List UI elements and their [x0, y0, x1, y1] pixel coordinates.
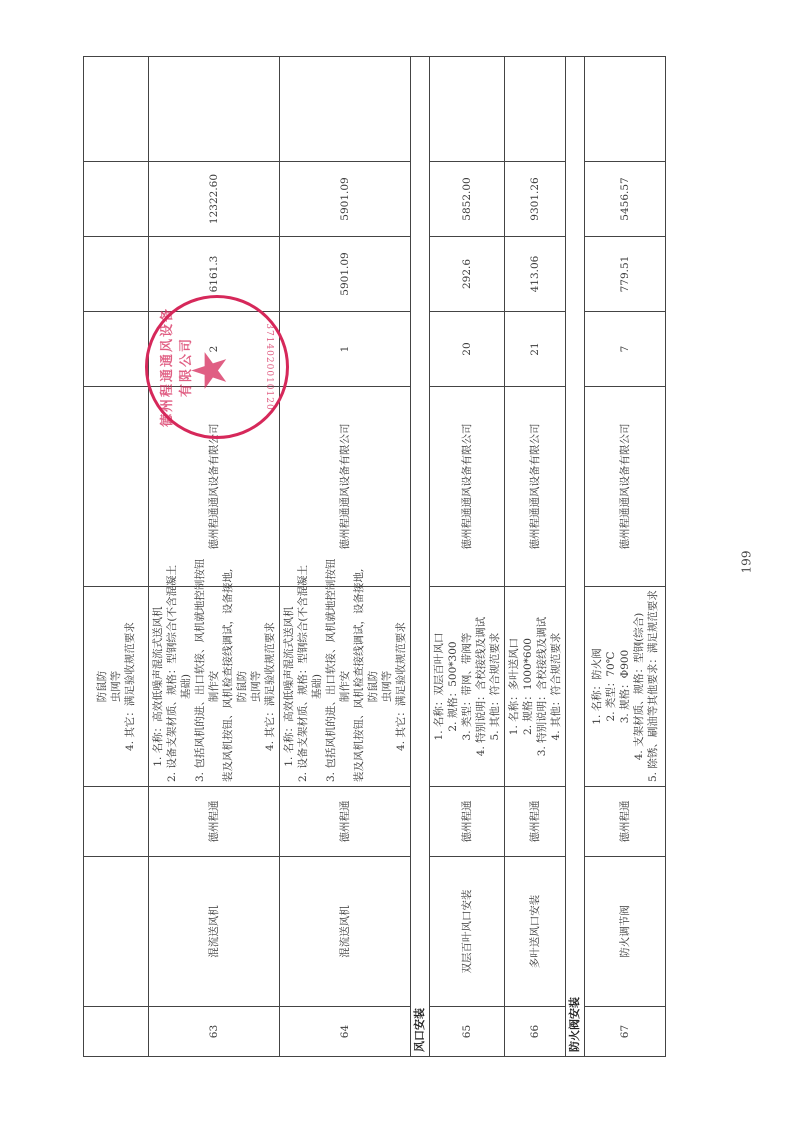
cell-qty: 2: [149, 312, 280, 387]
continuation-row: 防鼠防 虫网等 4. 其它：满足验收规范要求: [84, 57, 149, 1057]
cell-supplier: 德州程通通风设备有限公司: [280, 387, 411, 587]
feature-line: 1. 名称：高效低噪声混流式送风机: [282, 591, 296, 782]
feature-line: 2. 设备支架材质、规格：型钢综合(不含混凝土: [165, 591, 179, 782]
cell-remark: [149, 57, 280, 162]
cell-total: 5852.00: [430, 162, 505, 237]
cell-remark: [505, 57, 566, 162]
feature-line: 2. 类型：70℃: [604, 591, 618, 782]
table-row: 64混流送风机德州程通1. 名称：高效低噪声混流式送风机2. 设备支架材质、规格…: [280, 57, 411, 1057]
cell-features: 1. 名称：双层百叶风口2. 规格：500*3003. 类型：带网、带阀等4. …: [430, 587, 505, 787]
feature-line: 制作安: [338, 591, 352, 782]
cell-qty: 21: [505, 312, 566, 387]
feature-line: 4. 特别说明：含校接线及调试: [474, 591, 488, 782]
cell-remark: [280, 57, 411, 162]
cell-unit-price: [84, 237, 149, 312]
cell-features: 防鼠防 虫网等 4. 其它：满足验收规范要求: [84, 587, 149, 787]
feature-line: 虫网等: [380, 591, 394, 782]
cell-no: 67: [585, 1007, 666, 1057]
cell-remark: [585, 57, 666, 162]
feature-line: 装及风机按钮、风机检查接线调试，设备接地,: [352, 591, 366, 782]
cell-remark: [430, 57, 505, 162]
cell-features: 1. 名称：多叶送风口2. 规格：1000*6003. 特别说明：含校接线及调试…: [505, 587, 566, 787]
cell-supplier: 德州程通通风设备有限公司: [430, 387, 505, 587]
cell-name: 混流送风机: [280, 857, 411, 1007]
cell-total: 12322.60: [149, 162, 280, 237]
page-number: 199: [739, 551, 753, 574]
feature-line: 3. 类型：带网、带阀等: [460, 591, 474, 782]
cell-qty: 1: [280, 312, 411, 387]
feature-line: 5. 其他：符合规范要求: [488, 591, 502, 782]
feature-line: 虫网等: [249, 591, 263, 782]
cell-unit-price: 779.51: [585, 237, 666, 312]
feature-line: 防鼠防: [235, 591, 249, 782]
feature-line: 1. 名称：双层百叶风口: [432, 591, 446, 782]
cell-total: [84, 162, 149, 237]
cell-supplier: [84, 387, 149, 587]
feature-line: 4. 其它：满足验收规范要求: [263, 591, 277, 782]
cell-no: 66: [505, 1007, 566, 1057]
table-body: 防鼠防 虫网等 4. 其它：满足验收规范要求 63混流送风机德州程通1. 名称：…: [84, 57, 666, 1057]
cell-name: [84, 857, 149, 1007]
table-row: 65双层百叶风口安装德州程通1. 名称：双层百叶风口2. 规格：500*3003…: [430, 57, 505, 1057]
feature-line: 防鼠防: [95, 591, 109, 782]
feature-line: 1. 名称：防火阀: [590, 591, 604, 782]
cell-brand: 德州程通: [280, 787, 411, 857]
rotated-table-page: 防鼠防 虫网等 4. 其它：满足验收规范要求 63混流送风机德州程通1. 名称：…: [83, 57, 693, 1057]
cell-unit-price: 6161.3: [149, 237, 280, 312]
feature-line: 4. 其它：满足验收规范要求: [394, 591, 408, 782]
cell-name: 防火调节阀: [585, 857, 666, 1007]
cell-unit-price: 292.6: [430, 237, 505, 312]
feature-line: 基础): [179, 591, 193, 782]
table-row: 66多叶送风口安装德州程通1. 名称：多叶送风口2. 规格：1000*6003.…: [505, 57, 566, 1057]
cell-brand: 德州程通: [505, 787, 566, 857]
section-header-row: 风口安装: [411, 57, 430, 1057]
cell-features: 1. 名称：高效低噪声混流式送风机2. 设备支架材质、规格：型钢综合(不含混凝土…: [280, 587, 411, 787]
equipment-price-table: 防鼠防 虫网等 4. 其它：满足验收规范要求 63混流送风机德州程通1. 名称：…: [83, 56, 666, 1057]
cell-no: 65: [430, 1007, 505, 1057]
cell-brand: 德州程通: [430, 787, 505, 857]
section-title: 防火阀安装: [566, 57, 585, 1057]
section-header-row: 防火阀安装: [566, 57, 585, 1057]
cell-name: 双层百叶风口安装: [430, 857, 505, 1007]
cell-supplier: 德州程通通风设备有限公司: [149, 387, 280, 587]
cell-total: 5901.09: [280, 162, 411, 237]
cell-brand: 德州程通: [585, 787, 666, 857]
feature-line: 3. 包括风机的进、出口软接、风机就地控制按钮: [193, 591, 207, 782]
table-row: 63混流送风机德州程通1. 名称：高效低噪声混流式送风机2. 设备支架材质、规格…: [149, 57, 280, 1057]
feature-line: 1. 名称：多叶送风口: [507, 591, 521, 782]
cell-qty: 7: [585, 312, 666, 387]
cell-no: 64: [280, 1007, 411, 1057]
cell-supplier: 德州程通通风设备有限公司: [505, 387, 566, 587]
feature-line: 3. 包括风机的进、出口软接、风机就地控制按钮: [324, 591, 338, 782]
feature-line: 装及风机按钮、风机检查接线调试，设备接地,: [221, 591, 235, 782]
cell-qty: [84, 312, 149, 387]
section-title: 风口安装: [411, 57, 430, 1057]
feature-line: 3. 规格：Φ900: [618, 591, 632, 782]
cell-total: 9301.26: [505, 162, 566, 237]
feature-line: 防鼠防: [366, 591, 380, 782]
cell-unit-price: 413.06: [505, 237, 566, 312]
cell-no: [84, 1007, 149, 1057]
cell-name: 混流送风机: [149, 857, 280, 1007]
feature-line: 4. 其他：符合规范要求: [549, 591, 563, 782]
cell-features: 1. 名称：防火阀2. 类型：70℃3. 规格：Φ9004. 支架材质、规格：型…: [585, 587, 666, 787]
feature-line: 制作安: [207, 591, 221, 782]
cell-remark: [84, 57, 149, 162]
feature-line: 5. 除锈、刷油等其他要求：满足规范要求: [646, 591, 660, 782]
cell-no: 63: [149, 1007, 280, 1057]
feature-line: 2. 设备支架材质、规格：型钢综合(不含混凝土: [296, 591, 310, 782]
feature-line: 2. 规格：1000*600: [521, 591, 535, 782]
feature-line: 2. 规格：500*300: [446, 591, 460, 782]
feature-line: 虫网等: [109, 591, 123, 782]
feature-line: 4. 支架材质、规格：型钢(综合): [632, 591, 646, 782]
cell-features: 1. 名称：高效低噪声混流式送风机2. 设备支架材质、规格：型钢综合(不含混凝土…: [149, 587, 280, 787]
cell-unit-price: 5901.09: [280, 237, 411, 312]
cell-brand: [84, 787, 149, 857]
cell-supplier: 德州程通通风设备有限公司: [585, 387, 666, 587]
cell-name: 多叶送风口安装: [505, 857, 566, 1007]
feature-line: 基础): [310, 591, 324, 782]
cell-qty: 20: [430, 312, 505, 387]
cell-brand: 德州程通: [149, 787, 280, 857]
table-row: 67防火调节阀德州程通1. 名称：防火阀2. 类型：70℃3. 规格：Φ9004…: [585, 57, 666, 1057]
feature-line: 3. 特别说明：含校接线及调试: [535, 591, 549, 782]
feature-line: 1. 名称：高效低噪声混流式送风机: [151, 591, 165, 782]
feature-line: 4. 其它：满足验收规范要求: [123, 591, 137, 782]
cell-total: 5456.57: [585, 162, 666, 237]
